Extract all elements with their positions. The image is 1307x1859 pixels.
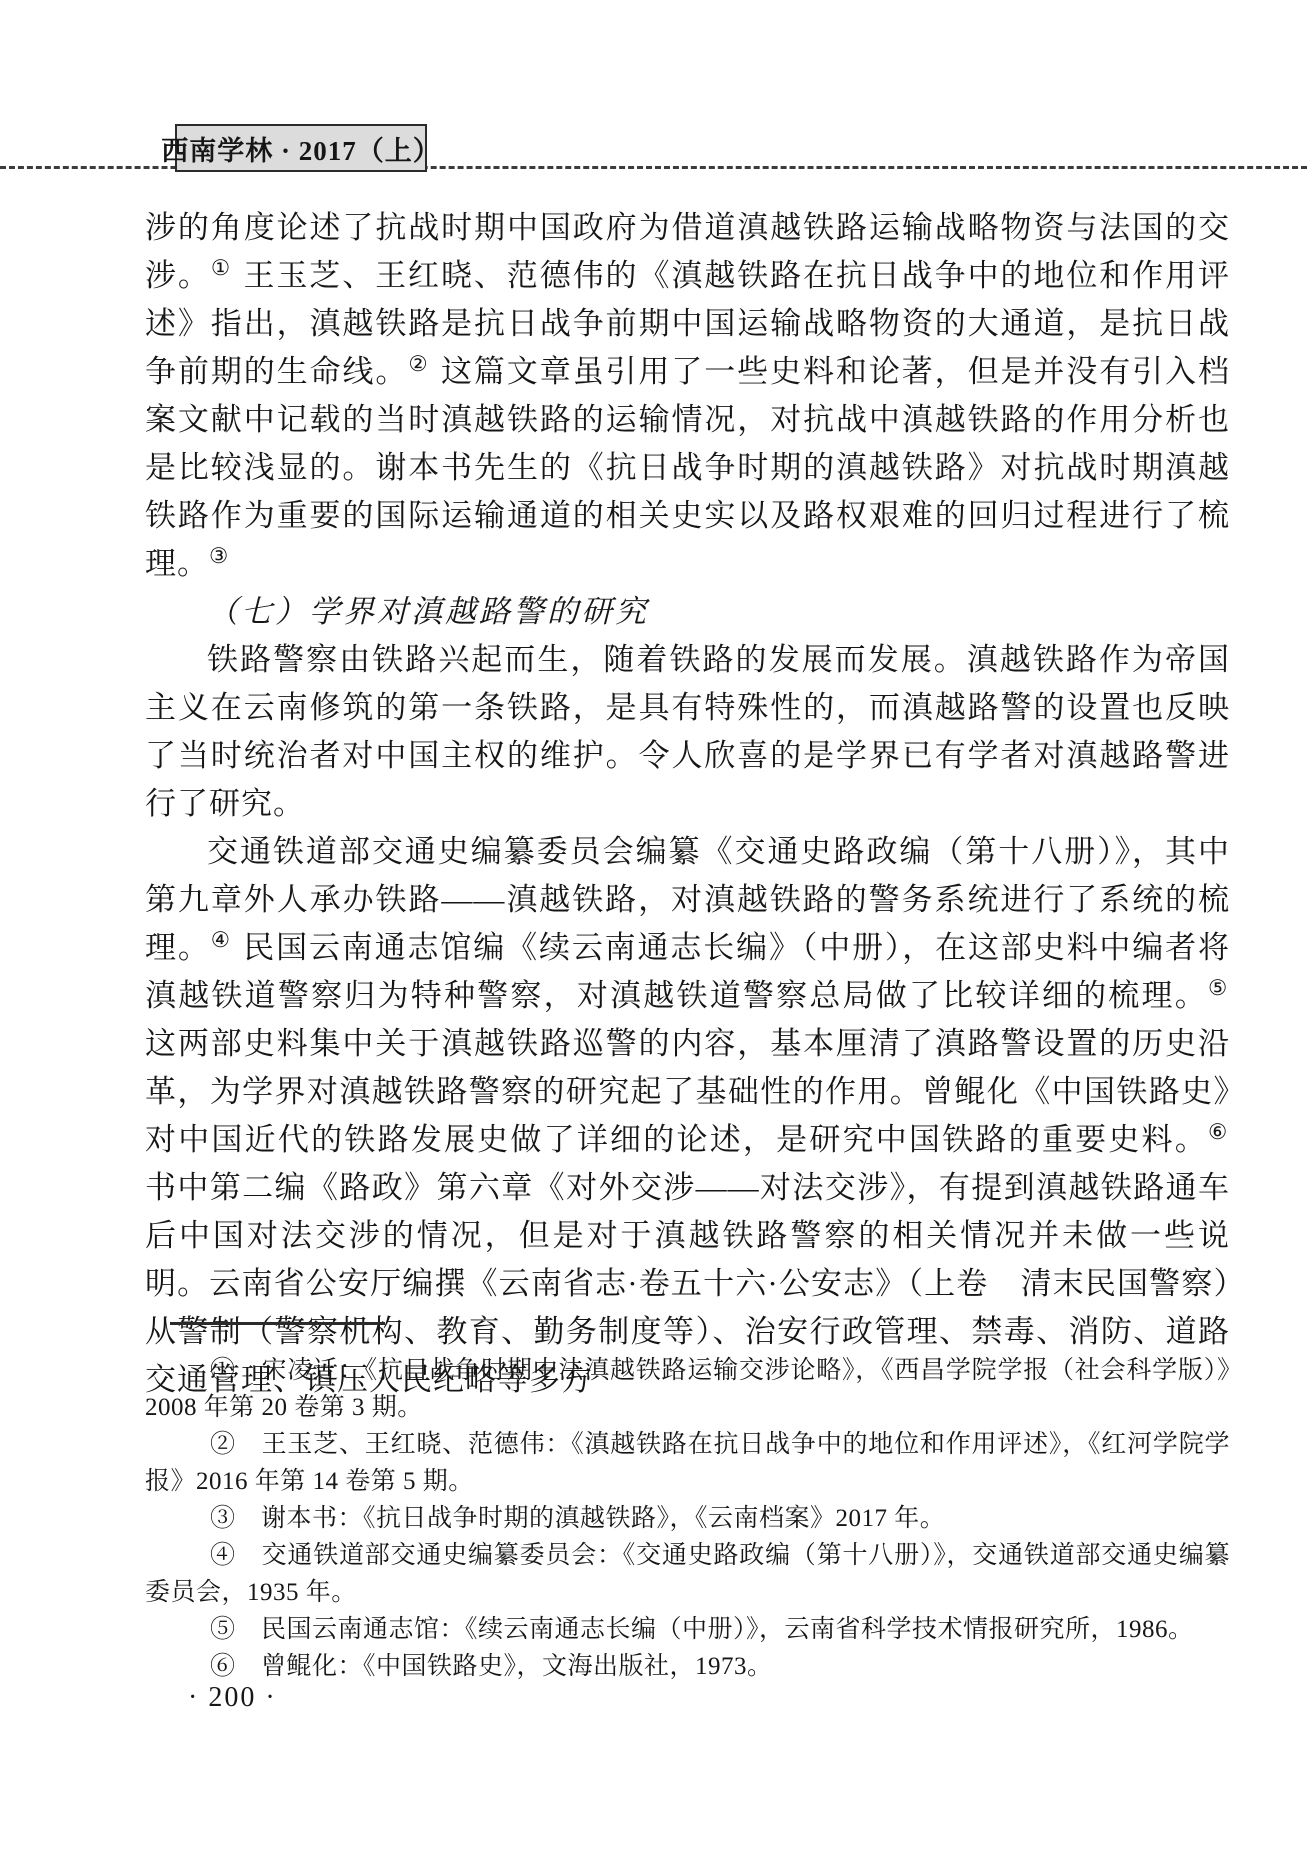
body-paragraph: 涉的角度论述了抗战时期中国政府为借道滇越铁路运输战略物资与法国的交涉。① 王玉芝… xyxy=(145,204,1230,588)
body-paragraph: 铁路警察由铁路兴起而生，随着铁路的发展而发展。滇越铁路作为帝国主义在云南修筑的第… xyxy=(145,636,1230,828)
footnote-ref: ② xyxy=(408,352,428,376)
page-number: · 200 · xyxy=(188,1682,277,1714)
footnote-ref: ① xyxy=(211,256,231,280)
footnote-item: ② 王玉芝、王红晓、范德伟：《滇越铁路在抗日战争中的地位和作用评述》，《红河学院… xyxy=(145,1426,1230,1500)
running-head-box: 西南学林 · 2017（上） xyxy=(175,124,427,172)
footnote-separator-rule xyxy=(170,1322,385,1325)
footnote-ref: ③ xyxy=(209,544,228,568)
footnote-item: ④ 交通铁道部交通史编纂委员会：《交通史路政编（第十八册）》，交通铁道部交通史编… xyxy=(145,1537,1230,1611)
running-head-title: 西南学林 · 2017（上） xyxy=(161,129,441,168)
footnote-item: ⑥ 曾鲲化：《中国铁路史》，文海出版社，1973。 xyxy=(145,1648,1230,1685)
footnote-item: ③ 谢本书：《抗日战争时期的滇越铁路》，《云南档案》2017 年。 xyxy=(145,1500,1230,1537)
book-page: 西南学林 · 2017（上） 涉的角度论述了抗战时期中国政府为借道滇越铁路运输战… xyxy=(0,0,1307,1859)
footnote-item: ⑤ 民国云南通志馆：《续云南通志长编（中册）》，云南省科学技术情报研究所，198… xyxy=(145,1611,1230,1648)
section-heading: （七）学界对滇越路警的研究 xyxy=(145,588,1230,636)
footnote-ref: ④ xyxy=(211,928,231,952)
footnotes-block: ① 宋凌迁：《抗日战争时期中法滇越铁路运输交涉论略》，《西昌学院学报（社会科学版… xyxy=(145,1352,1230,1685)
footnote-ref: ⑤ xyxy=(1208,976,1227,1000)
footnote-ref: ⑥ xyxy=(1208,1120,1227,1144)
article-body: 涉的角度论述了抗战时期中国政府为借道滇越铁路运输战略物资与法国的交涉。① 王玉芝… xyxy=(145,204,1230,1404)
body-paragraph: 交通铁道部交通史编纂委员会编纂《交通史路政编（第十八册）》，其中第九章外人承办铁… xyxy=(145,828,1230,1404)
footnote-item: ① 宋凌迁：《抗日战争时期中法滇越铁路运输交涉论略》，《西昌学院学报（社会科学版… xyxy=(145,1352,1230,1426)
